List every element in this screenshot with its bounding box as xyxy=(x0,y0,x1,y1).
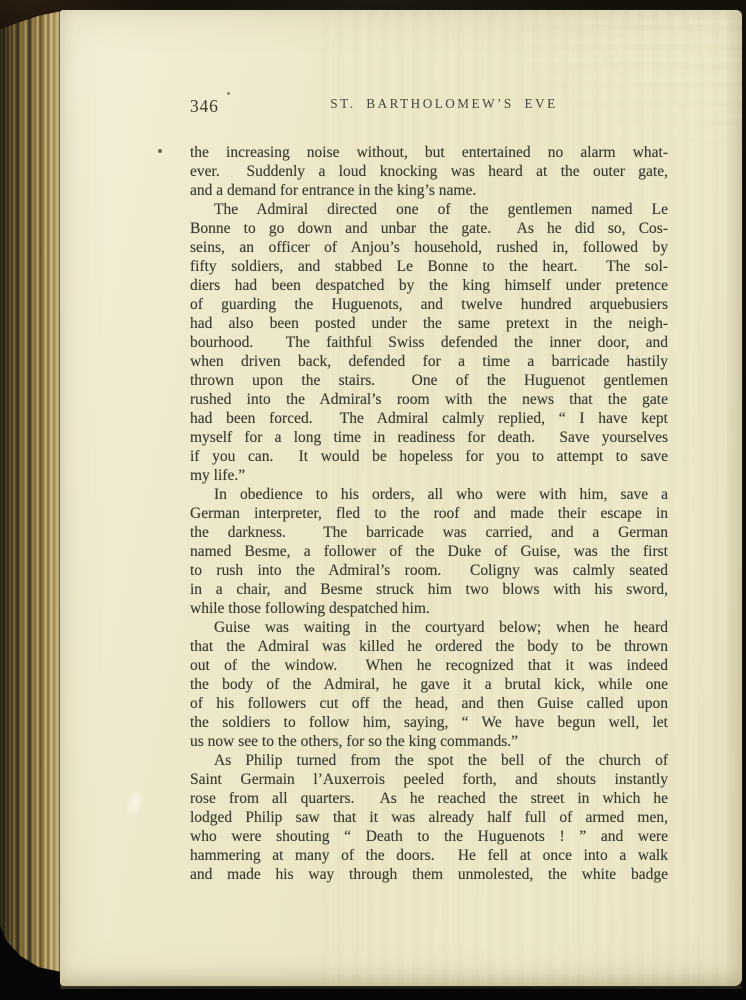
text-line: that the Admiral was killed he ordered t… xyxy=(190,637,668,656)
text-line: if you can. It would be hopeless for you… xyxy=(190,447,668,466)
text-line: thrown upon the stairs. One of the Hugue… xyxy=(190,371,668,390)
text-line: rose from all quarters. As he reached th… xyxy=(190,789,668,808)
paragraph: The Admiral directed one of the gentleme… xyxy=(190,200,668,485)
text-line: the darkness. The barricade was carried,… xyxy=(190,523,668,542)
text-line: German interpreter, fled to the roof and… xyxy=(190,504,668,523)
text-line: had been forced. The Admiral calmly repl… xyxy=(190,409,668,428)
book-page: 346 ST. BARTHOLOMEW’S EVE the increasing… xyxy=(60,10,742,986)
text-line: had also been posted under the same pret… xyxy=(190,314,668,333)
text-line: of his followers cut off the head, and t… xyxy=(190,694,668,713)
text-line: diers had been despatched by the king hi… xyxy=(190,276,668,295)
text-line: myself for a long time in readiness for … xyxy=(190,428,668,447)
text-line: when driven back, defended for a time a … xyxy=(190,352,668,371)
text-line: while those following despatched him. xyxy=(190,599,668,618)
text-line: the increasing noise without, but entert… xyxy=(190,143,668,162)
text-line: to rush into the Admiral’s room. Coligny… xyxy=(190,561,668,580)
text-line: out of the window. When he recognized th… xyxy=(190,656,668,675)
text-line: fifty soldiers, and stabbed Le Bonne to … xyxy=(190,257,668,276)
text-line: The Admiral directed one of the gentleme… xyxy=(190,200,668,219)
text-line: and made his way through them unmolested… xyxy=(190,865,668,884)
paragraph: the increasing noise without, but entert… xyxy=(190,143,668,200)
paragraph: In obedience to his orders, all who were… xyxy=(190,485,668,618)
text-line: seins, an officer of Anjou’s household, … xyxy=(190,238,668,257)
paragraph: As Philip turned from the spot the bell … xyxy=(190,751,668,884)
page-number: 346 xyxy=(190,96,219,117)
text-line: and a demand for entrance in the king’s … xyxy=(190,181,668,200)
text-line: us now see to the others, for so the kin… xyxy=(190,732,668,751)
text-line: In obedience to his orders, all who were… xyxy=(190,485,668,504)
book-photo: 346 ST. BARTHOLOMEW’S EVE the increasing… xyxy=(0,0,746,1000)
text-line: in a chair, and Besme struck him two blo… xyxy=(190,580,668,599)
text-line: rushed into the Admiral’s room with the … xyxy=(190,390,668,409)
paragraph: Guise was waiting in the courtyard below… xyxy=(190,618,668,751)
text-line: named Besme, a follower of the Duke of G… xyxy=(190,542,668,561)
page-content: 346 ST. BARTHOLOMEW’S EVE the increasing… xyxy=(190,96,668,884)
text-line: bourhood. The faithful Swiss defended th… xyxy=(190,333,668,352)
text-line: hammering at many of the doors. He fell … xyxy=(190,846,668,865)
text-line: ever. Suddenly a loud knocking was heard… xyxy=(190,162,668,181)
text-line: my life.” xyxy=(190,466,668,485)
text-line: Bonne to go down and unbar the gate. As … xyxy=(190,219,668,238)
running-header: ST. BARTHOLOMEW’S EVE xyxy=(190,96,668,112)
text-line: who were shouting “ Death to the Hugueno… xyxy=(190,827,668,846)
text-line: Saint Germain l’Auxerrois peeled forth, … xyxy=(190,770,668,789)
book-fore-edge-page-stack xyxy=(0,6,67,976)
text-line: of guarding the Huguenots, and twelve hu… xyxy=(190,295,668,314)
text-line: the body of the Admiral, he gave it a br… xyxy=(190,675,668,694)
page-text: the increasing noise without, but entert… xyxy=(190,143,668,884)
text-line: the soldiers to follow him, saying, “ We… xyxy=(190,713,668,732)
page-header: 346 ST. BARTHOLOMEW’S EVE xyxy=(190,96,668,118)
text-line: As Philip turned from the spot the bell … xyxy=(190,751,668,770)
text-line: lodged Philip saw that it was already ha… xyxy=(190,808,668,827)
text-line: Guise was waiting in the courtyard below… xyxy=(190,618,668,637)
next-page-edge xyxy=(60,986,742,989)
